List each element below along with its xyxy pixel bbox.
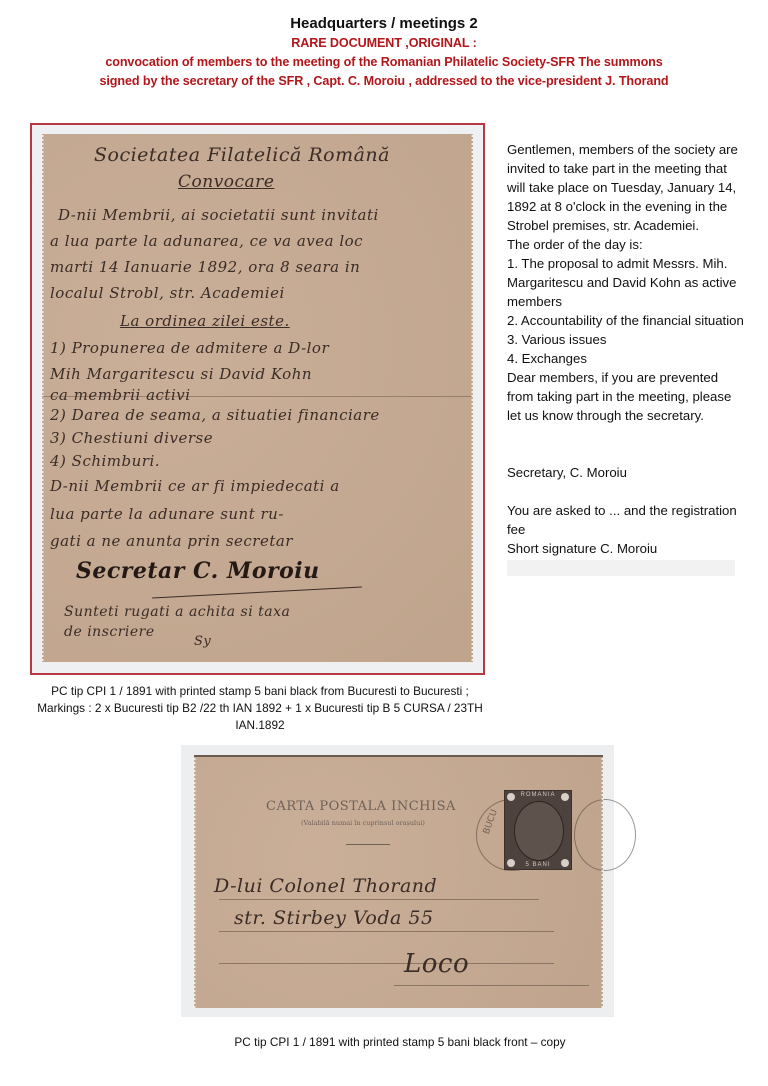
manuscript-line: de inscriere	[64, 624, 155, 640]
printed-stamp-5-bani: ROMANIA 5 BANI	[504, 790, 572, 870]
agenda-item-4: 4. Exchanges	[507, 349, 747, 368]
manuscript-line: Mih Margaritescu si David Kohn	[50, 365, 312, 383]
manuscript-line: 2) Darea de seama, a situatiei financiar…	[50, 406, 380, 424]
letter-image-frame: Societatea Filatelică Română Convocare D…	[30, 123, 485, 675]
translation-short-signature: Short signature C. Moroiu	[507, 539, 747, 558]
manuscript-line: D-nii Membrii, ai societatii sunt invita…	[58, 206, 379, 224]
divider	[346, 844, 390, 845]
letter-card-image: Societatea Filatelică Română Convocare D…	[42, 134, 473, 662]
agenda-item-2: 2. Accountability of the financial situa…	[507, 311, 747, 330]
manuscript-initials: Sy	[194, 634, 211, 649]
subtitle-line-2: convocation of members to the meeting of…	[0, 53, 768, 72]
manuscript-heading: Societatea Filatelică Română	[94, 144, 390, 166]
stamp-corner	[561, 859, 569, 867]
manuscript-line: Sunteti rugati a achita si taxa	[64, 604, 290, 620]
postmark-cancel-right	[574, 799, 636, 871]
king-portrait-icon	[514, 801, 564, 861]
translation-paragraph: Dear members, if you are prevented from …	[507, 368, 747, 425]
manuscript-signature: Secretar C. Moroiu	[76, 558, 320, 584]
postcard-caption: PC tip CPI 1 / 1891 with printed stamp 5…	[180, 1034, 620, 1051]
manuscript-line: localul Strobl, str. Academiei	[50, 284, 285, 302]
manuscript-line: La ordinea zilei este.	[120, 312, 290, 330]
address-rule	[219, 931, 554, 932]
manuscript-line: 3) Chestiuni diverse	[50, 429, 213, 447]
letter-caption: PC tip CPI 1 / 1891 with printed stamp 5…	[30, 683, 490, 734]
translation-text: Gentlemen, members of the society are in…	[507, 140, 747, 576]
manuscript-line: 1) Propunerea de admitere a D-lor	[50, 339, 329, 357]
page-title: Headquarters / meetings 2	[0, 14, 768, 34]
manuscript-line: a lua parte la adunarea, ce va avea loc	[50, 232, 363, 250]
manuscript-line: marti 14 Ianuarie 1892, ora 8 seara in	[50, 258, 360, 276]
subtitle-line-3: signed by the secretary of the SFR , Cap…	[0, 72, 768, 91]
manuscript-line: gati a ne anunta prin secretar	[50, 532, 293, 550]
stamp-corner	[507, 793, 515, 801]
postcard-image-frame: CARTA POSTALA INCHISA (Valabilă numai în…	[181, 745, 614, 1017]
manuscript-line: lua parte la adunare sunt ru-	[50, 505, 284, 523]
subtitle-line-1: RARE DOCUMENT ,ORIGINAL :	[0, 34, 768, 53]
manuscript-line: 4) Schimburi.	[50, 452, 160, 470]
agenda-item-3: 3. Various issues	[507, 330, 747, 349]
translation-paragraph: Gentlemen, members of the society are in…	[507, 140, 747, 235]
postcard-image: CARTA POSTALA INCHISA (Valabilă numai în…	[194, 755, 603, 1008]
address-line-3: Loco	[404, 949, 469, 979]
address-rule	[394, 985, 589, 986]
manuscript-line: D-nii Membrii ce ar fi impiedecati a	[50, 477, 340, 495]
empty-shaded-row	[507, 560, 735, 576]
postcard-printed-title: CARTA POSTALA INCHISA	[266, 799, 456, 814]
signature-flourish	[152, 587, 362, 599]
page-header: Headquarters / meetings 2 RARE DOCUMENT …	[0, 14, 768, 91]
manuscript-line: ca membrii activi	[50, 386, 191, 404]
stamp-corner	[507, 859, 515, 867]
translation-postscript: You are asked to ... and the registratio…	[507, 501, 747, 539]
translation-paragraph: The order of the day is:	[507, 235, 747, 254]
address-rule	[219, 899, 539, 900]
stamp-corner	[561, 793, 569, 801]
postcard-printed-note: (Valabilă numai în cuprinsul orașului)	[301, 819, 425, 827]
address-line-1: D-lui Colonel Thorand	[214, 875, 437, 897]
address-rule	[219, 963, 554, 964]
manuscript-subheading: Convocare	[178, 172, 274, 192]
translation-signature: Secretary, C. Moroiu	[507, 463, 747, 482]
address-line-2: str. Stirbey Voda 55	[234, 907, 434, 929]
agenda-item-1: 1. The proposal to admit Messrs. Mih. Ma…	[507, 254, 747, 311]
